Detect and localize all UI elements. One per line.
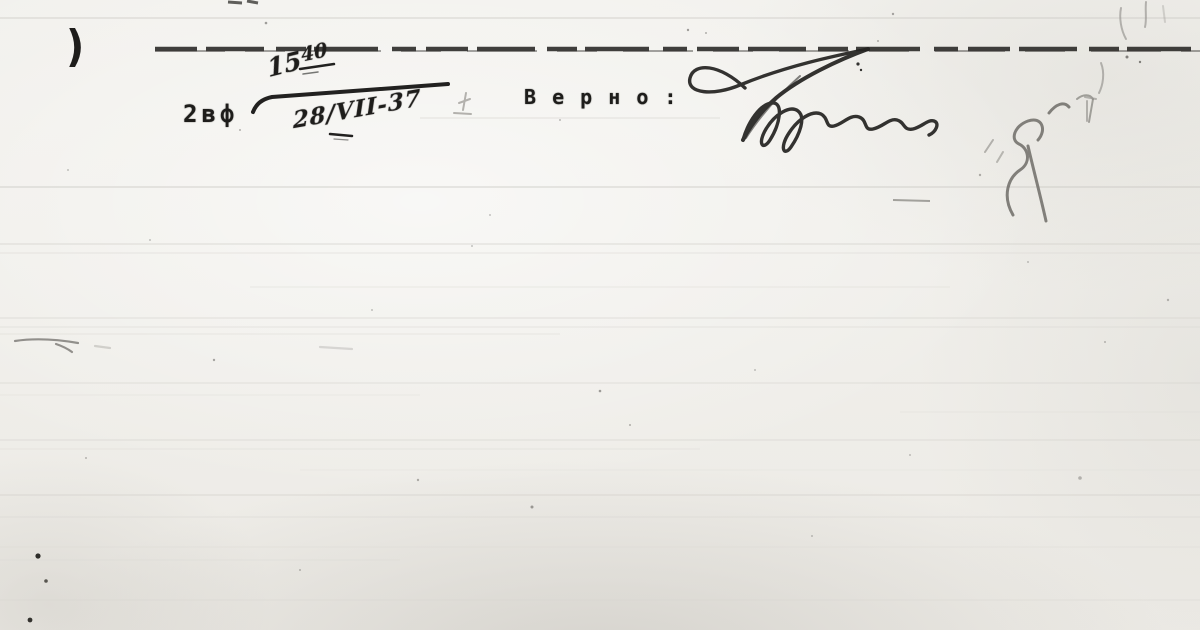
certification-label: В е р н о : [524, 85, 678, 109]
signature [690, 49, 937, 151]
l-mark [454, 93, 471, 114]
pencil-marks-top-right [1085, 2, 1165, 121]
top-edge-marks [228, 1, 258, 3]
document-page: ) 2вф 15 40 28/VII-37 В е р н о : [0, 0, 1200, 630]
pencil-note-right [985, 95, 1093, 221]
ink-dots-bottom-left [28, 553, 48, 622]
corner-paren-mark: ) [66, 22, 84, 72]
registry-code: 2вф [183, 100, 238, 128]
pencil-dash-left [15, 339, 352, 352]
